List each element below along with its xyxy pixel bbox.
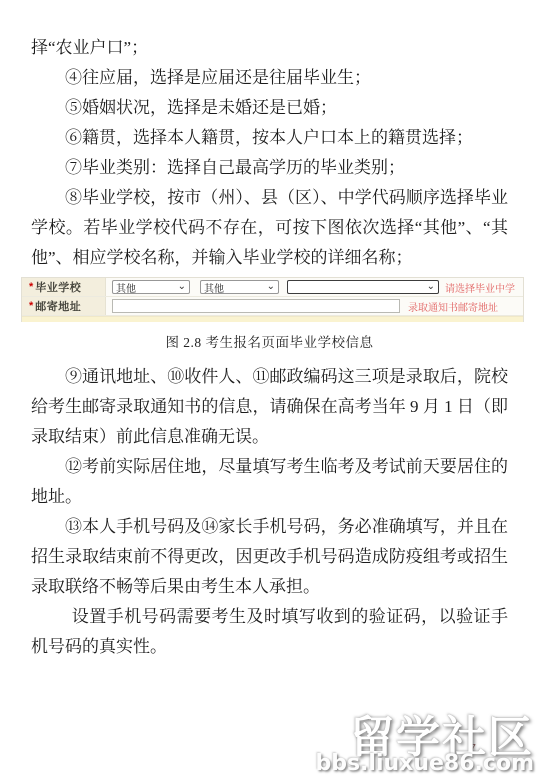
chevron-down-icon: ⌄ (178, 283, 186, 291)
form-row-mailing-address: * 邮寄地址 录取通知书邮寄地址 (22, 297, 523, 316)
watermark-url: bbs.liuxue86.com (315, 754, 534, 774)
form-row-graduation-school: * 毕业学校 其他 ⌄ 其他 ⌄ ⌄ 请选择毕 (22, 278, 523, 297)
select-value: 其他 (116, 280, 136, 295)
mailing-address-input[interactable] (112, 299, 400, 313)
select-value: 其他 (204, 280, 224, 295)
paragraph: ⑨通讯地址、⑩收件人、⑪邮政编码这三项是录取后，院校给考生邮寄录取通知书的信息，… (31, 362, 508, 452)
paragraph: ⑫考前实际居住地，尽量填写考生临考及考试前天要居住的地址。 (31, 452, 508, 512)
field-label-cell: * 毕业学校 (22, 278, 106, 296)
school-county-select[interactable]: 其他 ⌄ (200, 280, 279, 294)
figure-caption: 图 2.8 考生报名页面毕业学校信息 (31, 331, 508, 351)
field-hint: 录取通知书邮寄地址 (408, 299, 498, 314)
paragraph: ⑧毕业学校，按市（州）、县（区）、中学代码顺序选择毕业学校。若毕业学校代码不存在… (31, 183, 508, 273)
paragraph: ⑥籍贯，选择本人籍贯，按本人户口本上的籍贯选择； (31, 123, 508, 153)
watermark: 留学社区 bbs.liuxue86.com (315, 718, 534, 774)
paragraph: ⑬本人手机号码及⑭家长手机号码，务必准确填写，并且在招生录取结束前不得更改，因更… (31, 512, 508, 602)
paragraph: 择“农业户口”； (31, 33, 508, 63)
document-page: 择“农业户口”； ④往应届，选择是应届还是往届毕业生； ⑤婚姻状况，选择是未婚还… (0, 0, 538, 782)
paragraph: 设置手机号码需要考生及时填写收到的验证码，以验证手机号码的真实性。 (31, 602, 508, 662)
school-city-select[interactable]: 其他 ⌄ (112, 280, 190, 294)
page-number: 7 (469, 741, 476, 756)
required-asterisk: * (29, 281, 33, 293)
chevron-down-icon: ⌄ (427, 283, 435, 291)
registration-form-screenshot: * 毕业学校 其他 ⌄ 其他 ⌄ ⌄ 请选择毕 (21, 277, 524, 322)
paragraph: ④往应届，选择是应届还是往届毕业生； (31, 63, 508, 93)
paragraph: ⑤婚姻状况，选择是未婚还是已婚； (31, 93, 508, 123)
required-asterisk: * (29, 300, 33, 312)
field-label: 邮寄地址 (35, 298, 81, 314)
watermark-title: 留学社区 (315, 718, 534, 758)
chevron-down-icon: ⌄ (267, 283, 275, 291)
paragraph: ⑦毕业类别：选择自己最高学历的毕业类别； (31, 153, 508, 183)
form-bottom-strip (22, 316, 523, 322)
field-cell: 其他 ⌄ 其他 ⌄ ⌄ 请选择毕业中学 (106, 278, 523, 296)
school-name-select[interactable]: ⌄ (287, 280, 439, 294)
field-cell: 录取通知书邮寄地址 (106, 297, 523, 315)
field-label-cell: * 邮寄地址 (22, 297, 106, 315)
field-hint: 请选择毕业中学 (445, 280, 515, 295)
field-label: 毕业学校 (35, 279, 81, 295)
document-content: 择“农业户口”； ④往应届，选择是应届还是往届毕业生； ⑤婚姻状况，选择是未婚还… (0, 0, 538, 662)
